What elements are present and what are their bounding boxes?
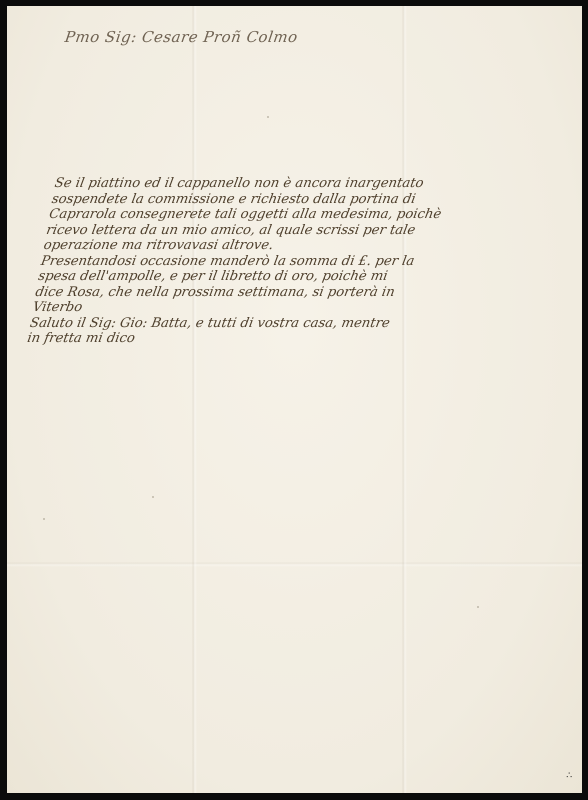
letter-line: operazione ma ritrovavasi altrove. (42, 238, 588, 254)
letter-line: ricevo lettera da un mio amico, al quale… (45, 223, 588, 239)
letter-salutation: Pmo Sig: Cesare Proñ Colmo (64, 28, 299, 46)
letter-line: sospendete la commissione e richiesto da… (51, 192, 588, 208)
letter-line: Viterbo (31, 300, 579, 316)
letter-line: in fretta mi dico (26, 331, 574, 347)
paper-speck (267, 116, 269, 118)
letter-line: Saluto il Sig: Gio: Batta, e tutti di vo… (29, 316, 577, 332)
paper-speck (477, 606, 479, 608)
corner-mark: ∴ (566, 771, 572, 781)
letter-line: dice Rosa, che nella prossima settimana,… (34, 285, 582, 301)
letter-line: Caprarola consegnerete tali oggetti alla… (48, 207, 588, 223)
letter-page: Pmo Sig: Cesare Proñ Colmo Se il piattin… (7, 6, 582, 793)
letter-body: Se il piattino ed il cappanello non è an… (26, 176, 588, 347)
letter-line: Presentandosi occasione manderò la somma… (40, 254, 588, 270)
letter-line: Se il piattino ed il cappanello non è an… (53, 176, 588, 192)
letter-line: spesa dell'ampolle, e per il libretto di… (37, 269, 585, 285)
paper-speck (152, 496, 154, 498)
paper-speck (43, 518, 45, 520)
